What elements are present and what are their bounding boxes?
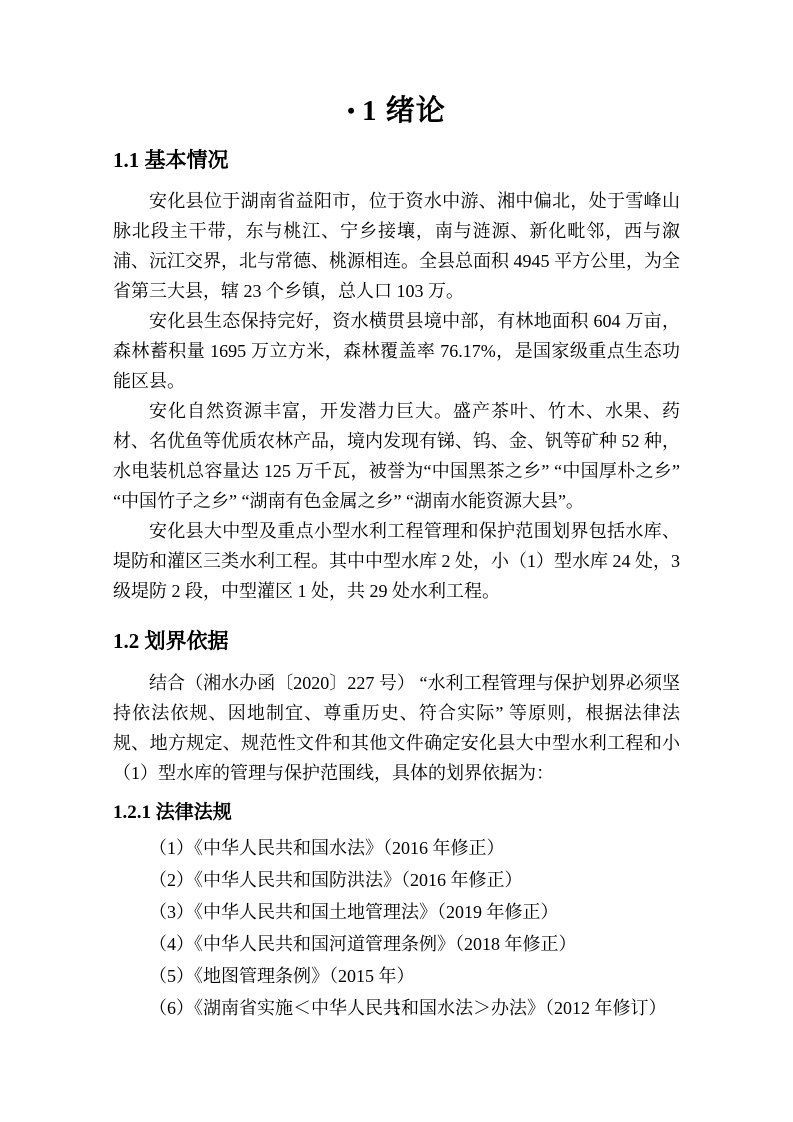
- section-heading-1-1: 1.1 基本情况: [113, 146, 680, 174]
- body-paragraph: 安化县生态保持完好，资水横贯县境中部，有林地面积 604 万亩，森林蓄积量 16…: [113, 306, 680, 396]
- body-paragraph: 安化县大中型及重点小型水利工程管理和保护范围划界包括水库、堤防和灌区三类水利工程…: [113, 516, 680, 606]
- legal-item-3: （3）《中华人民共和国土地管理法》（2019 年修正）: [113, 896, 680, 928]
- chapter-title-text: 1 绪论: [362, 95, 446, 127]
- body-paragraph: 安化县位于湖南省益阳市，位于资水中游、湘中偏北，处于雪峰山脉北段主干带，东与桃江…: [113, 186, 680, 306]
- body-paragraph: 结合（湘水办函〔2020〕227 号） “水利工程管理与保护划界必须坚持依法依规…: [113, 668, 680, 788]
- legal-item-2: （2）《中华人民共和国防洪法》（2016 年修正）: [113, 864, 680, 896]
- subsection-heading-1-2-1: 1.2.1 法律法规: [113, 800, 680, 826]
- body-paragraph: 安化自然资源丰富，开发潜力巨大。盛产茶叶、竹木、水果、药材、名优鱼等优质农林产品…: [113, 396, 680, 516]
- document-page: •1 绪论 1.1 基本情况 安化县位于湖南省益阳市，位于资水中游、湘中偏北，处…: [0, 0, 793, 1122]
- list-bullet-icon: •: [347, 98, 356, 123]
- legal-item-5: （5）《地图管理条例》（2015 年）: [113, 960, 680, 992]
- legal-reference-list: （1）《中华人民共和国水法》（2016 年修正） （2）《中华人民共和国防洪法》…: [113, 832, 680, 1024]
- legal-item-1: （1）《中华人民共和国水法》（2016 年修正）: [113, 832, 680, 864]
- chapter-title: •1 绪论: [113, 90, 680, 132]
- page-number: 1: [113, 1002, 680, 1022]
- page-content: •1 绪论 1.1 基本情况 安化县位于湖南省益阳市，位于资水中游、湘中偏北，处…: [113, 90, 680, 1024]
- legal-item-4: （4）《中华人民共和国河道管理条例》（2018 年修正）: [113, 928, 680, 960]
- section-heading-1-2: 1.2 划界依据: [113, 626, 680, 656]
